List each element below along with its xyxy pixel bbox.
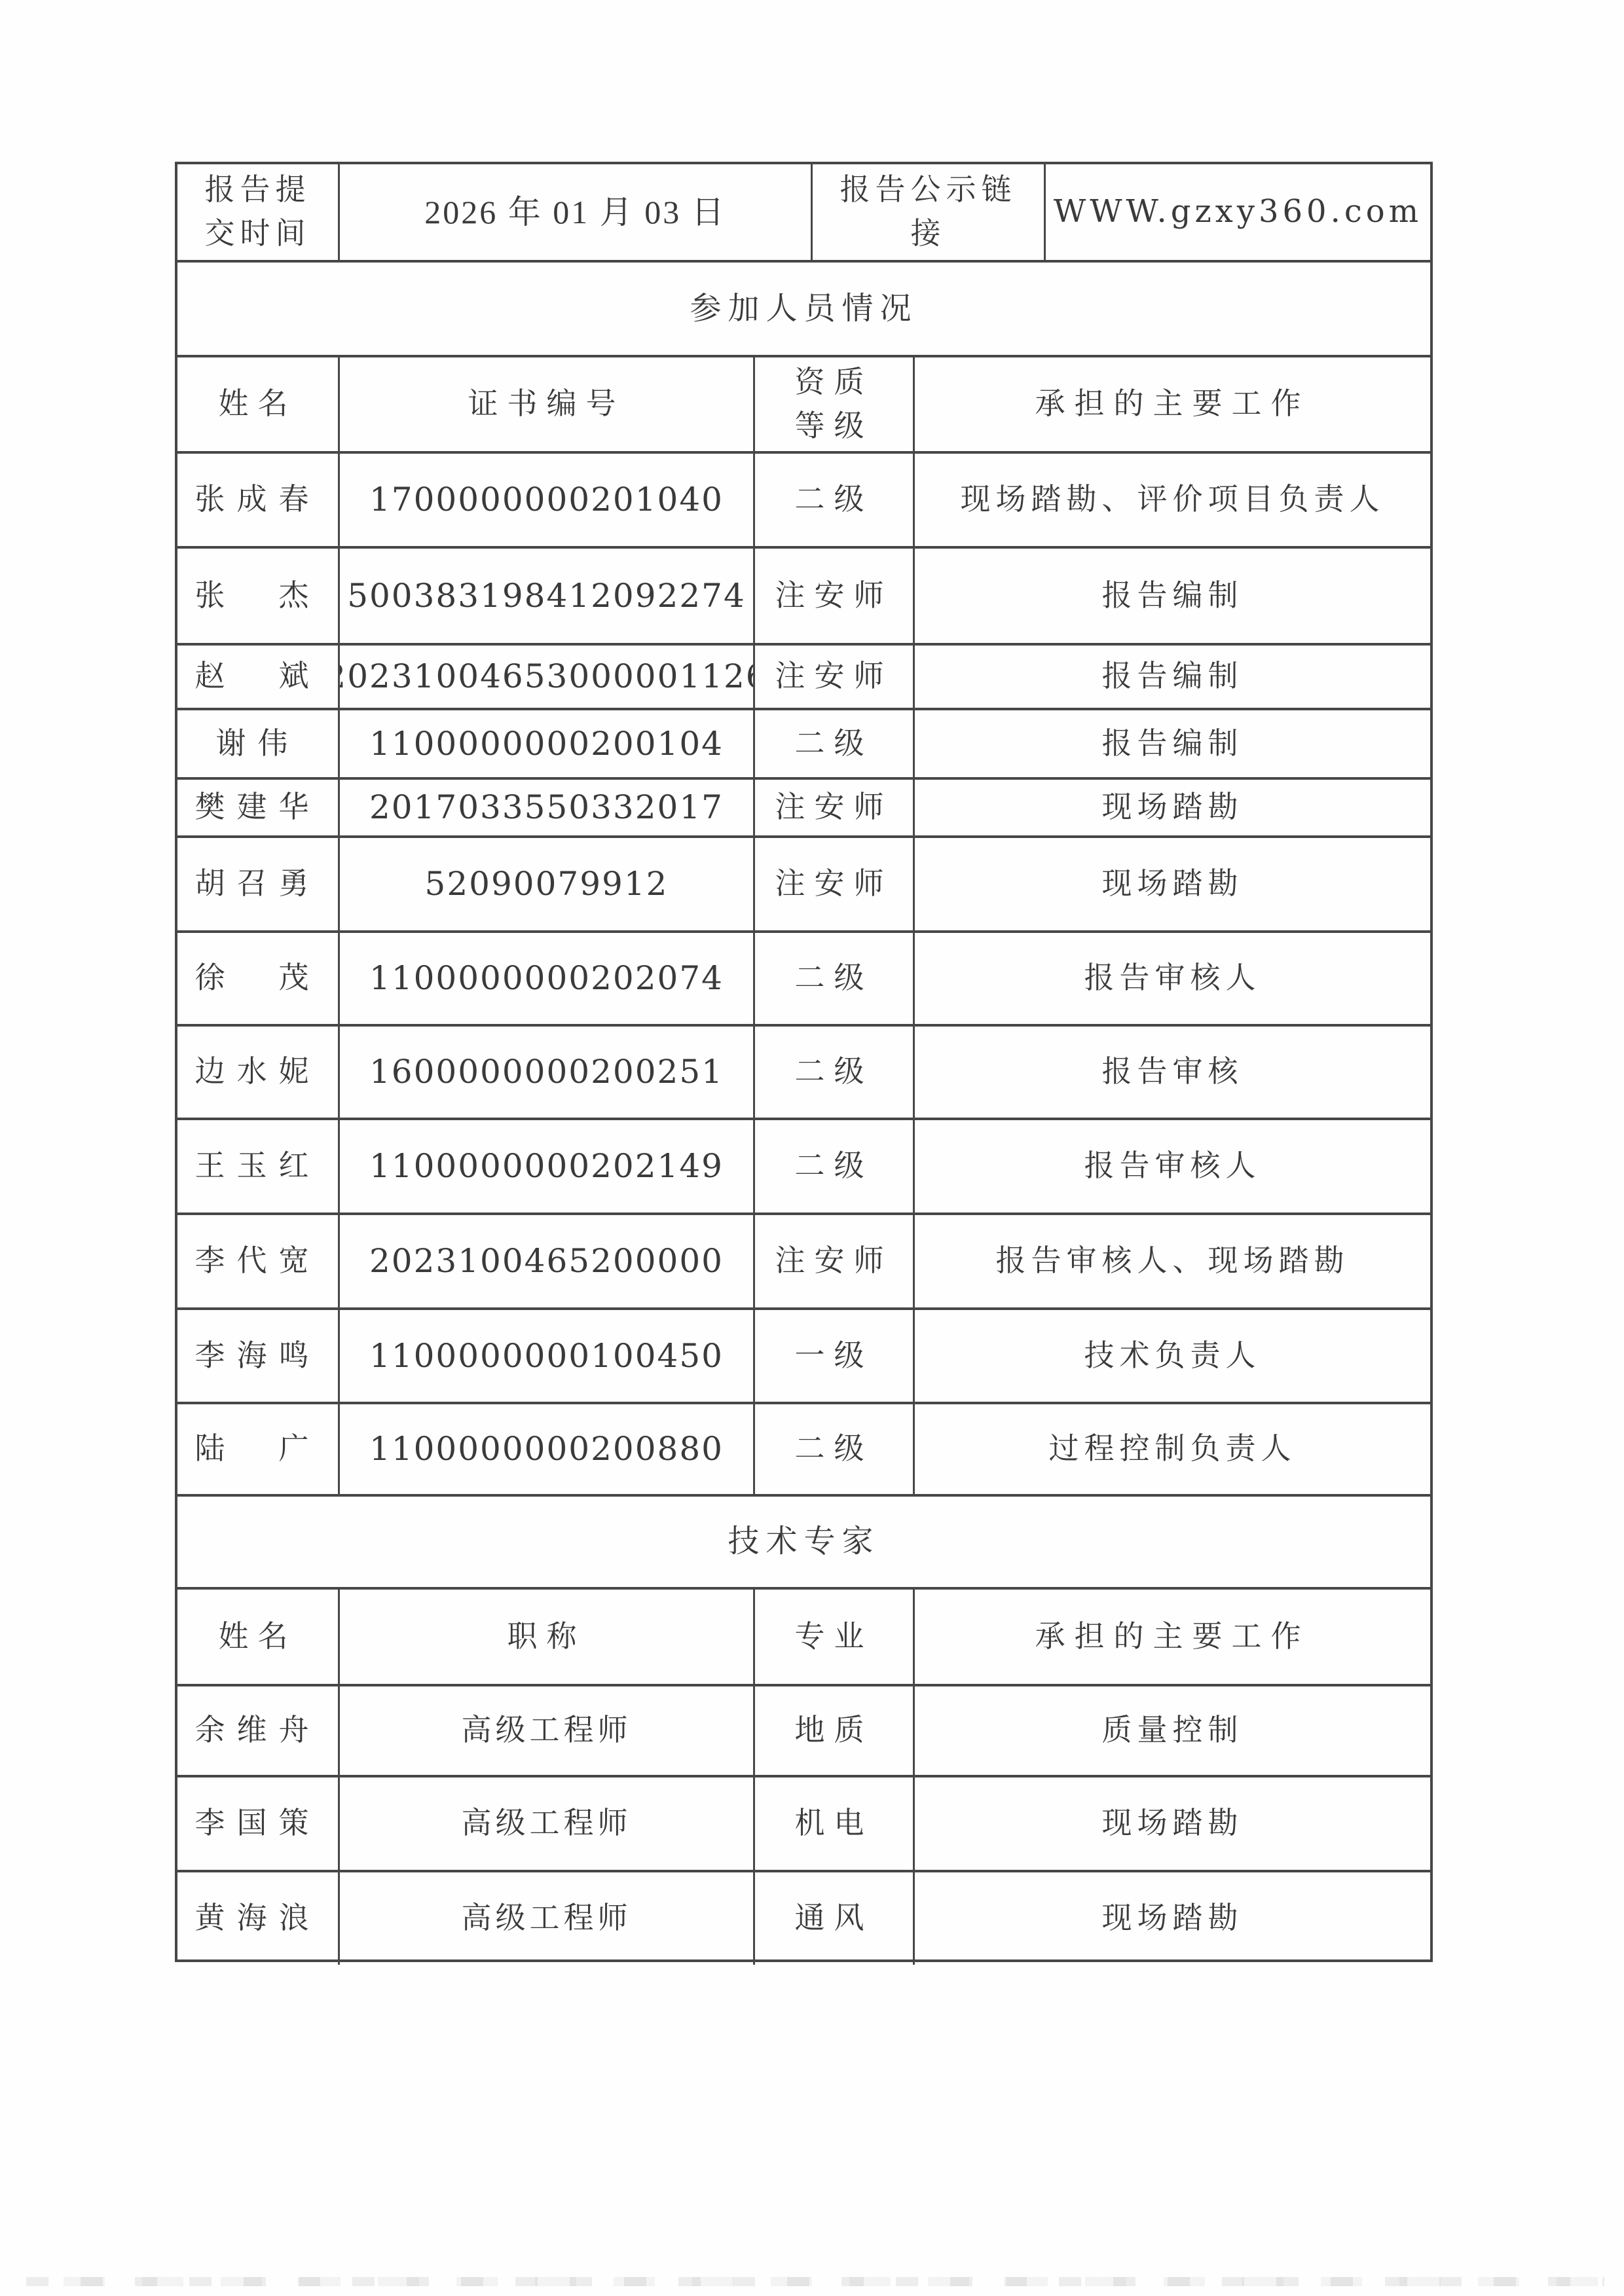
person-work: 报告编制 — [913, 710, 1430, 777]
expert-title: 高级工程师 — [338, 1777, 753, 1870]
table-row: 谢伟 1100000000200104 二级 报告编制 — [177, 708, 1430, 777]
table-row: 余维舟 高级工程师 地质 质量控制 — [177, 1684, 1430, 1775]
person-work: 报告审核人、现场踏勘 — [913, 1215, 1430, 1307]
person-work: 过程控制负责人 — [913, 1404, 1430, 1494]
person-level: 二级 — [753, 1120, 913, 1212]
person-level: 注安师 — [753, 780, 913, 835]
person-level: 注安师 — [753, 646, 913, 708]
table-row: 李国策 高级工程师 机电 现场踏勘 — [177, 1775, 1430, 1870]
person-work: 现场踏勘、评价项目负责人 — [913, 454, 1430, 546]
person-work: 技术负责人 — [913, 1310, 1430, 1402]
person-work: 现场踏勘 — [913, 780, 1430, 835]
person-cert: 1100000000200104 — [338, 710, 753, 777]
person-level: 注安师 — [753, 838, 913, 930]
table-row: 王玉红 1100000000202149 二级 报告审核人 — [177, 1118, 1430, 1212]
person-cert: 1100000000100450 — [338, 1310, 753, 1402]
person-level: 一级 — [753, 1310, 913, 1402]
person-name: 胡召勇 — [177, 838, 338, 930]
person-name: 陆 广 — [177, 1404, 338, 1494]
report-submit-time-label: 报告提 交时间 — [177, 164, 338, 260]
person-cert: 20231004653000001126 — [338, 646, 753, 708]
col-header-cert: 证书编号 — [338, 357, 753, 451]
expert-major: 通风 — [753, 1872, 913, 1965]
person-level: 二级 — [753, 1404, 913, 1494]
person-work: 现场踏勘 — [913, 838, 1430, 930]
col-header-expert-title: 职称 — [338, 1590, 753, 1684]
expert-major: 机电 — [753, 1777, 913, 1870]
person-cert: 1100000000202149 — [338, 1120, 753, 1212]
expert-title: 高级工程师 — [338, 1872, 753, 1965]
expert-name: 黄海浪 — [177, 1872, 338, 1965]
table-row: 技术专家 — [177, 1494, 1430, 1587]
person-name: 王玉红 — [177, 1120, 338, 1212]
person-work: 报告审核人 — [913, 933, 1430, 1024]
report-submit-date: 2026 年 01 月 03 日 — [338, 164, 811, 260]
table-row: 报告提 交时间 2026 年 01 月 03 日 报告公示链 接 WWW.gzx… — [177, 164, 1430, 260]
col-header-expert-name: 姓名 — [177, 1590, 338, 1684]
table-row: 李代宽 2023100465200000 注安师 报告审核人、现场踏勘 — [177, 1212, 1430, 1307]
table-row: 樊建华 2017033550332017 注安师 现场踏勘 — [177, 777, 1430, 835]
person-name: 张 杰 — [177, 549, 338, 643]
table-row: 徐 茂 1100000000202074 二级 报告审核人 — [177, 930, 1430, 1024]
expert-name: 余维舟 — [177, 1686, 338, 1775]
col-header-name: 姓名 — [177, 357, 338, 451]
expert-name: 李国策 — [177, 1777, 338, 1870]
expert-major: 地质 — [753, 1686, 913, 1775]
person-cert: 1600000000200251 — [338, 1027, 753, 1118]
table-row: 边水妮 1600000000200251 二级 报告审核 — [177, 1024, 1430, 1118]
person-work: 报告审核 — [913, 1027, 1430, 1118]
participants-section-title: 参加人员情况 — [177, 263, 1430, 355]
person-name: 徐 茂 — [177, 933, 338, 1024]
expert-title: 高级工程师 — [338, 1686, 753, 1775]
report-link-label: 报告公示链 接 — [811, 164, 1044, 260]
person-name: 边水妮 — [177, 1027, 338, 1118]
person-level: 注安师 — [753, 1215, 913, 1307]
col-header-level: 资质 等级 — [753, 357, 913, 451]
person-level: 二级 — [753, 454, 913, 546]
person-level: 二级 — [753, 1027, 913, 1118]
person-work: 报告审核人 — [913, 1120, 1430, 1212]
person-work: 报告编制 — [913, 549, 1430, 643]
table-row: 张 杰 500383198412092274 注安师 报告编制 — [177, 546, 1430, 643]
person-cert: 1700000000201040 — [338, 454, 753, 546]
col-header-work: 承担的主要工作 — [913, 357, 1430, 451]
person-name: 赵 斌 — [177, 646, 338, 708]
person-cert: 500383198412092274 — [338, 549, 753, 643]
table-row: 黄海浪 高级工程师 通风 现场踏勘 — [177, 1870, 1430, 1965]
report-link-url: WWW.gzxy360.com — [1044, 164, 1430, 260]
table-header-row: 姓名 证书编号 资质 等级 承担的主要工作 — [177, 355, 1430, 451]
table-row: 参加人员情况 — [177, 260, 1430, 355]
person-level: 二级 — [753, 933, 913, 1024]
table-row: 胡召勇 52090079912 注安师 现场踏勘 — [177, 835, 1430, 930]
person-cert: 1100000000202074 — [338, 933, 753, 1024]
experts-section-title: 技术专家 — [177, 1497, 1430, 1587]
person-work: 报告编制 — [913, 646, 1430, 708]
person-name: 樊建华 — [177, 780, 338, 835]
person-name: 谢伟 — [177, 710, 338, 777]
person-level: 注安师 — [753, 549, 913, 643]
person-cert: 2017033550332017 — [338, 780, 753, 835]
person-cert: 2023100465200000 — [338, 1215, 753, 1307]
table-row: 陆 广 1100000000200880 二级 过程控制负责人 — [177, 1402, 1430, 1494]
report-table: 报告提 交时间 2026 年 01 月 03 日 报告公示链 接 WWW.gzx… — [175, 162, 1433, 1962]
table-header-row: 姓名 职称 专业 承担的主要工作 — [177, 1587, 1430, 1684]
person-cert: 1100000000200880 — [338, 1404, 753, 1494]
person-level: 二级 — [753, 710, 913, 777]
scanned-document-page: 报告提 交时间 2026 年 01 月 03 日 报告公示链 接 WWW.gzx… — [0, 0, 1624, 2296]
col-header-expert-work: 承担的主要工作 — [913, 1590, 1430, 1684]
table-row: 张成春 1700000000201040 二级 现场踏勘、评价项目负责人 — [177, 451, 1430, 546]
table-row: 李海鸣 1100000000100450 一级 技术负责人 — [177, 1307, 1430, 1402]
person-name: 李海鸣 — [177, 1310, 338, 1402]
person-cert: 52090079912 — [338, 838, 753, 930]
expert-work: 现场踏勘 — [913, 1872, 1430, 1965]
person-name: 李代宽 — [177, 1215, 338, 1307]
scan-artifact — [26, 2277, 1604, 2286]
col-header-expert-major: 专业 — [753, 1590, 913, 1684]
expert-work: 质量控制 — [913, 1686, 1430, 1775]
person-name: 张成春 — [177, 454, 338, 546]
expert-work: 现场踏勘 — [913, 1777, 1430, 1870]
table-row: 赵 斌 20231004653000001126 注安师 报告编制 — [177, 643, 1430, 708]
